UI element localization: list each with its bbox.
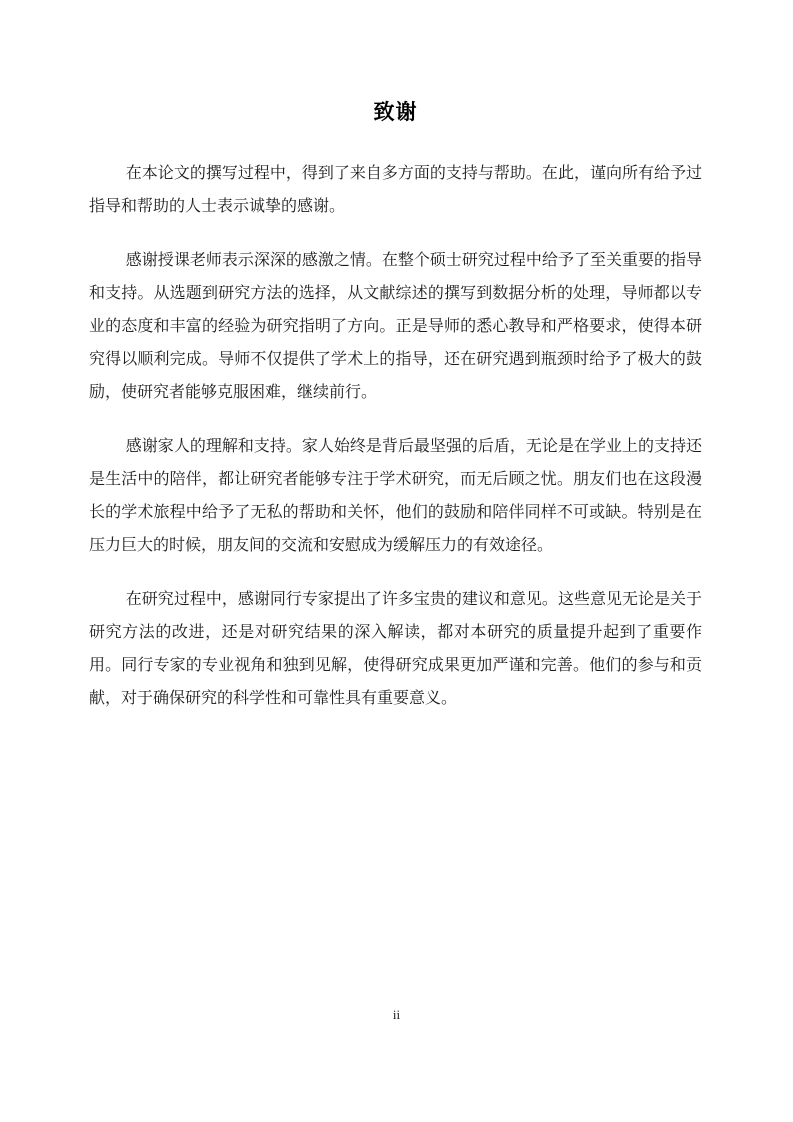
paragraph-advisor-thanks: 感谢授课老师表示深深的感激之情。在整个硕士研究过程中给予了至关重要的指导和支持。… [89,244,702,409]
page-footer: ii [0,1006,793,1024]
paragraph-family-thanks: 感谢家人的理解和支持。家人始终是背后最坚强的后盾，无论是在学业上的支持还是生活中… [89,430,702,562]
page-number: ii [393,1007,400,1022]
section-title: 致谢 [89,96,702,129]
document-page: 致谢 在本论文的撰写过程中，得到了来自多方面的支持与帮助。在此，谨向所有给予过指… [0,0,793,1122]
page-content: 致谢 在本论文的撰写过程中，得到了来自多方面的支持与帮助。在此，谨向所有给予过指… [0,0,793,715]
paragraph-intro: 在本论文的撰写过程中，得到了来自多方面的支持与帮助。在此，谨向所有给予过指导和帮… [89,157,702,223]
paragraph-peer-thanks: 在研究过程中，感谢同行专家提出了许多宝贵的建议和意见。这些意见无论是关于研究方法… [89,583,702,715]
